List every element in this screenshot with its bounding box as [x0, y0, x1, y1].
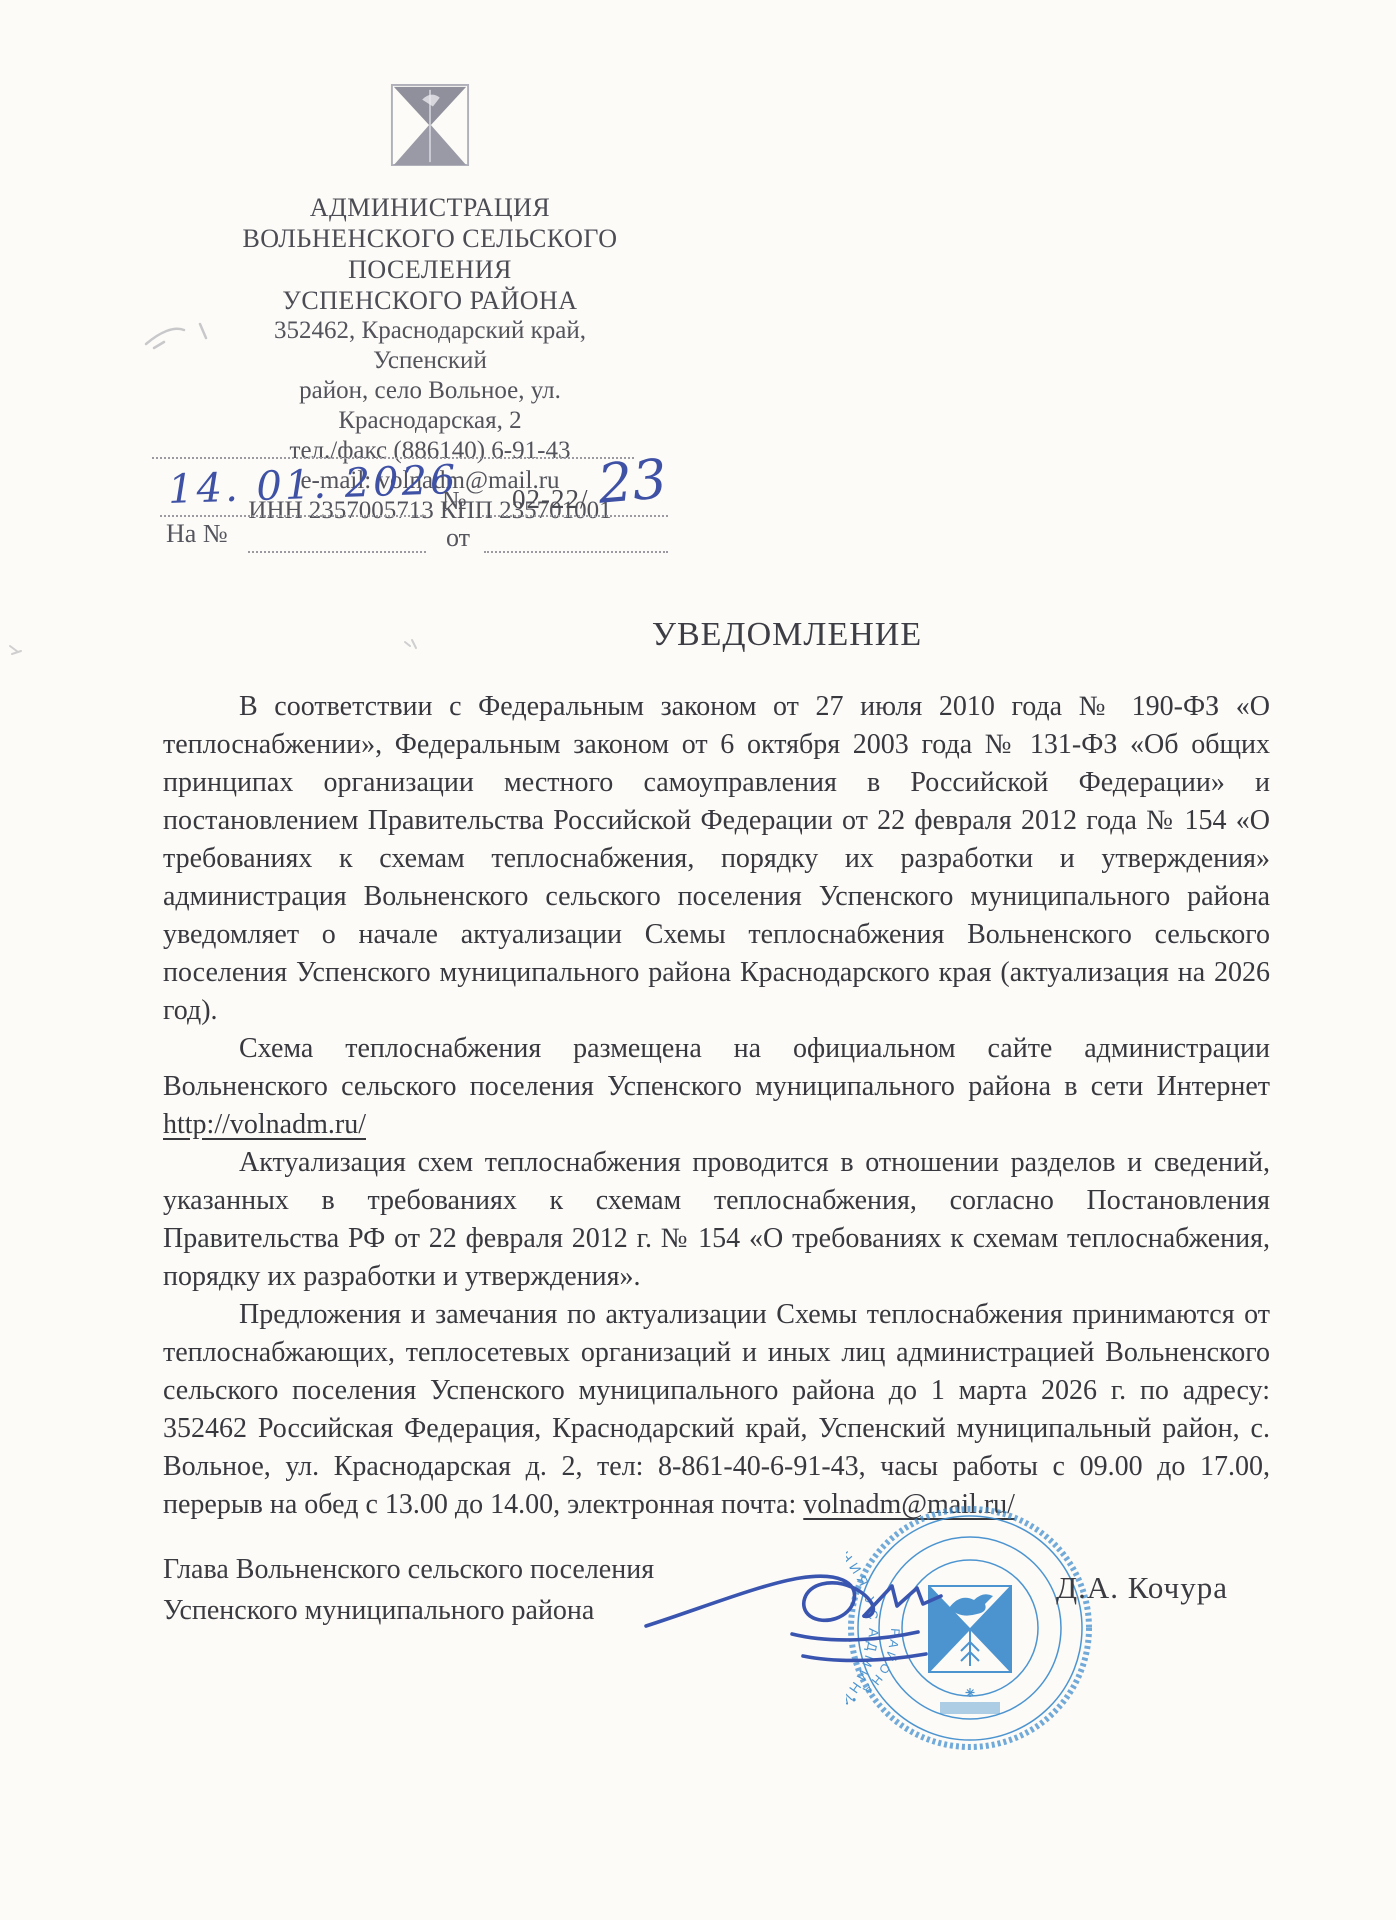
- stamp-bottom-band: [940, 1702, 1000, 1714]
- address-line: 352462, Краснодарский край, Успенский: [220, 316, 640, 376]
- date-field-underline: [160, 515, 426, 517]
- scan-artifact: [402, 636, 424, 654]
- reply-to-label: На №: [166, 519, 228, 549]
- body-paragraph-1: В соответствии с Федеральным законом от …: [163, 688, 1270, 1030]
- document-title: УВЕДОМЛЕНИЕ: [178, 616, 1396, 654]
- body-paragraph-3: Актуализация схем теплоснабжения проводи…: [163, 1144, 1270, 1296]
- org-name-line: АДМИНИСТРАЦИЯ: [220, 192, 640, 223]
- scan-artifact: [6, 636, 32, 662]
- scan-artifact: [140, 310, 230, 356]
- address-line: район, село Вольное, ул. Краснодарская, …: [220, 376, 640, 436]
- number-field-underline: [482, 515, 668, 517]
- number-printed: 02-22/: [512, 484, 589, 515]
- hourglass-emblem-logo: [389, 82, 471, 168]
- stamp-star-ornament: [966, 1688, 975, 1697]
- body-paragraph-2: Схема теплоснабжения размещена на официа…: [163, 1030, 1270, 1144]
- signatory-position-line1: Глава Вольненского сельского поселения: [163, 1549, 654, 1590]
- paragraph-4-text: Предложения и замечания по актуализации …: [163, 1299, 1270, 1520]
- paragraph-2-text: Схема теплоснабжения размещена на официа…: [163, 1033, 1270, 1102]
- org-name-line: ВОЛЬНЕНСКОГО СЕЛЬСКОГО: [220, 223, 640, 254]
- handwritten-number: 23: [595, 447, 669, 516]
- signatory-position-line2: Успенского муниципального района: [163, 1590, 654, 1631]
- from-label: от: [446, 523, 470, 553]
- signatory-position: Глава Вольненского сельского поселения У…: [163, 1549, 654, 1631]
- scanned-letter-page: АДМИНИСТРАЦИЯ ВОЛЬНЕНСКОГО СЕЛЬСКОГО ПОС…: [0, 0, 1396, 1920]
- org-name-line: УСПЕНСКОГО РАЙОНА: [220, 285, 640, 316]
- reply-to-underline: [248, 551, 426, 553]
- org-name-line: ПОСЕЛЕНИЯ: [220, 254, 640, 285]
- website-link[interactable]: http://volnadm.ru/: [163, 1109, 366, 1140]
- number-label: №: [442, 486, 467, 516]
- signatory-name: Д.А. Кочура: [1056, 1570, 1228, 1606]
- handwritten-signature: [640, 1546, 1000, 1686]
- body-paragraph-4: Предложения и замечания по актуализации …: [163, 1296, 1270, 1524]
- from-underline: [484, 551, 668, 553]
